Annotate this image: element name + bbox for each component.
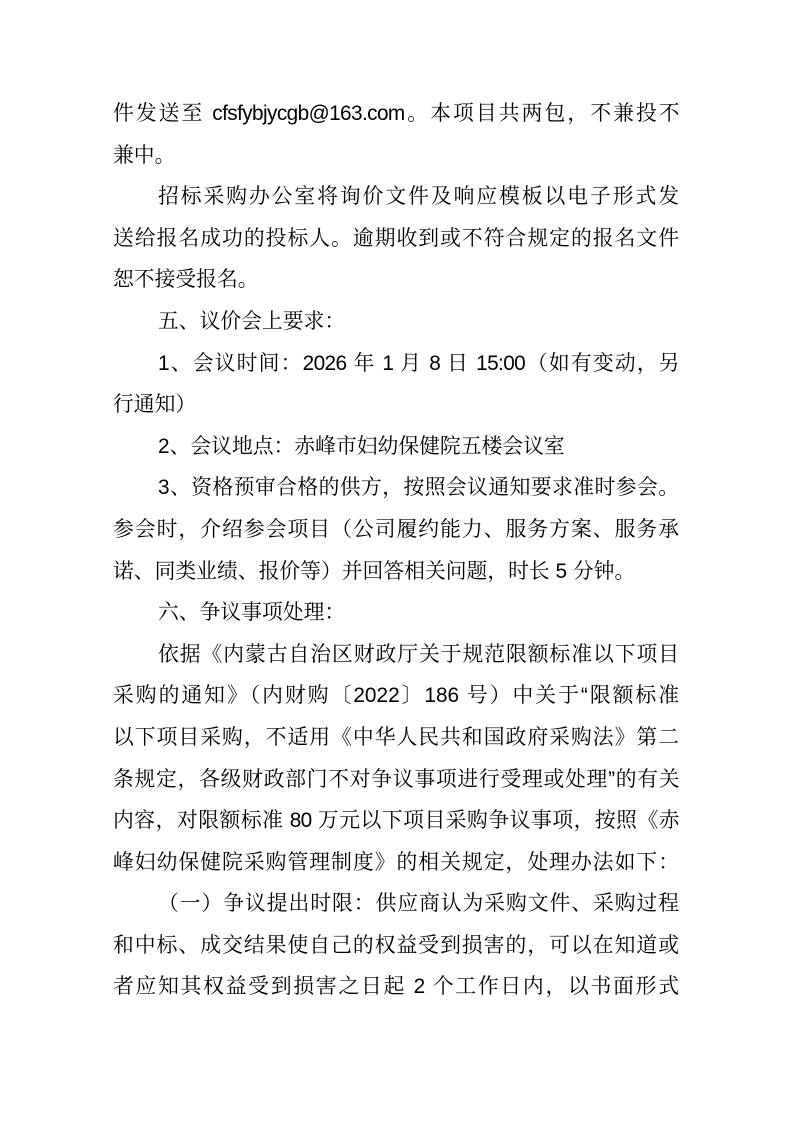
section-heading-6: 六、争议事项处理： — [113, 592, 679, 634]
text-line: 者应知其权益受到损害之日起 2 个工作日内，以书面形式 — [113, 966, 679, 1008]
text-line: 采购的通知》（内财购〔2022〕186 号）中关于“限额标准 — [113, 675, 679, 717]
text-line: 招标采购办公室将询价文件及响应模板以电子形式发 — [113, 176, 679, 218]
text-line: 送给报名成功的投标人。逾期收到或不符合规定的报名文件 — [113, 218, 679, 260]
document-body: 件发送至 cfsfybjycgb@163.com。本项目共两包，不兼投不 兼中。… — [113, 93, 679, 1008]
text-line-meeting-place: 2、会议地点：赤峰市妇幼保健院五楼会议室 — [113, 426, 679, 468]
text-line: 和中标、成交结果使自己的权益受到损害的，可以在知道或 — [113, 925, 679, 967]
text-line: 条规定，各级财政部门不对争议事项进行受理或处理”的有关 — [113, 759, 679, 801]
text-line-email-notice: 件发送至 cfsfybjycgb@163.com。本项目共两包，不兼投不 — [113, 93, 679, 135]
text-line: 峰妇幼保健院采购管理制度》的相关规定，处理办法如下： — [113, 842, 679, 884]
text-line: 兼中。 — [113, 135, 679, 177]
text-line-meeting-time: 1、会议时间：2026 年 1 月 8 日 15:00（如有变动，另 — [113, 343, 679, 385]
text-line: 参会时，介绍参会项目（公司履约能力、服务方案、服务承 — [113, 509, 679, 551]
text-line: （一）争议提出时限：供应商认为采购文件、采购过程 — [113, 883, 679, 925]
text-line: 以下项目采购，不适用《中华人民共和国政府采购法》第二 — [113, 717, 679, 759]
text-line: 内容，对限额标准 80 万元以下项目采购争议事项，按照《赤 — [113, 800, 679, 842]
text-line: 恕不接受报名。 — [113, 259, 679, 301]
text-line: 诺、同类业绩、报价等）并回答相关问题，时长 5 分钟。 — [113, 551, 679, 593]
document-page: 件发送至 cfsfybjycgb@163.com。本项目共两包，不兼投不 兼中。… — [0, 0, 793, 1121]
section-heading-5: 五、议价会上要求： — [113, 301, 679, 343]
text-line: 3、资格预审合格的供方，按照会议通知要求准时参会。 — [113, 467, 679, 509]
text-line: 行通知） — [113, 384, 679, 426]
text-line: 依据《内蒙古自治区财政厅关于规范限额标准以下项目 — [113, 634, 679, 676]
